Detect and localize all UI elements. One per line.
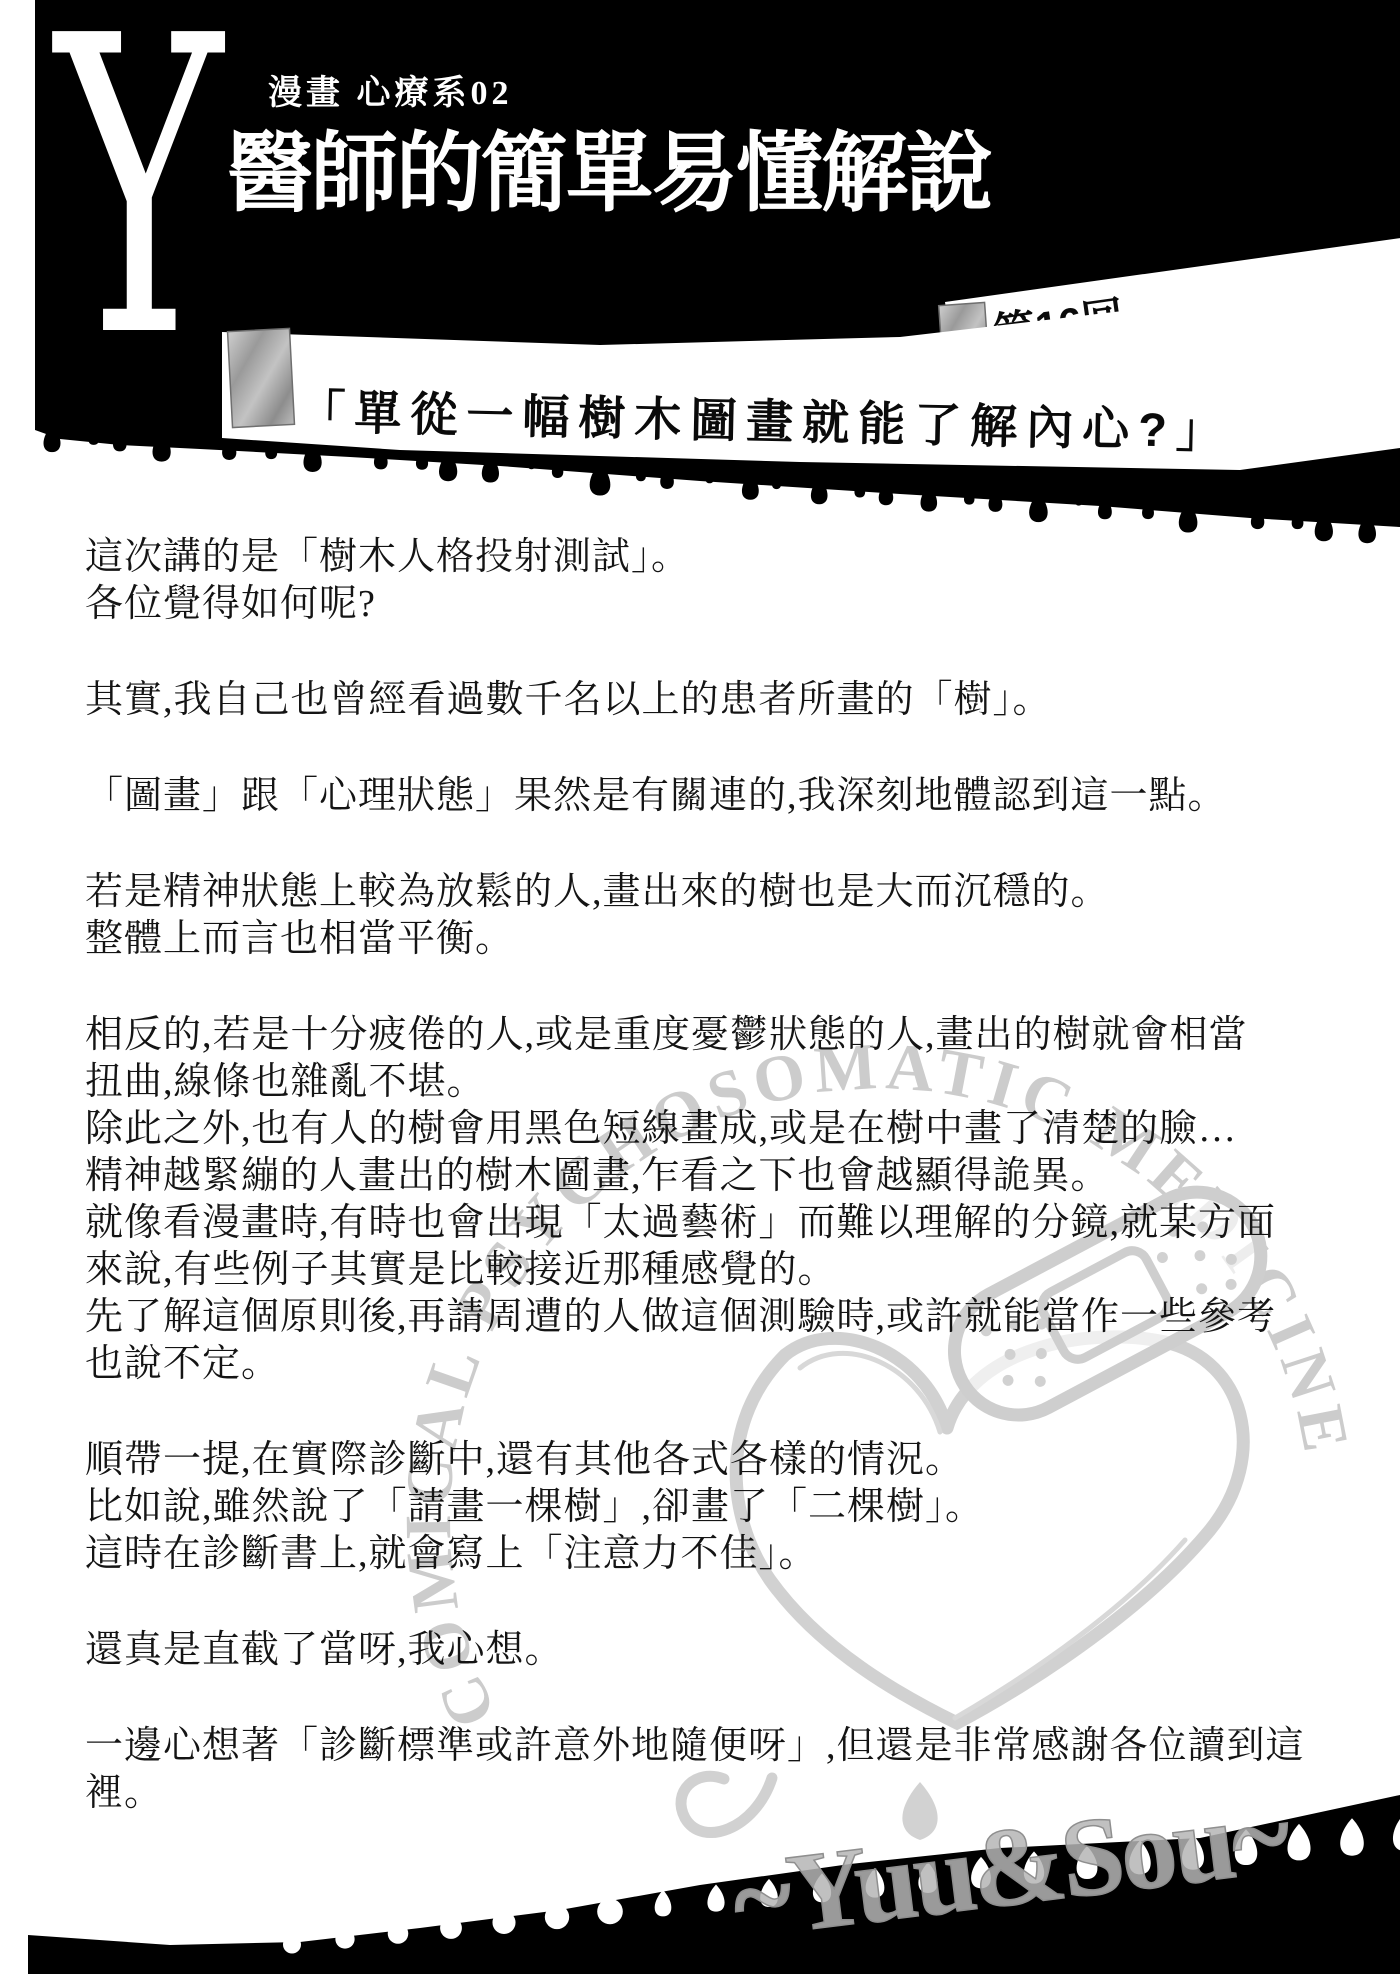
- paragraph: 還真是直截了當呀,我心想。: [85, 1627, 1365, 1674]
- tape-banner-left: [228, 328, 295, 427]
- text-line: 就像看漫畫時,有時也會出現「太過藝術」而難以理解的分鏡,就某方面: [85, 1200, 1365, 1247]
- text-line: 先了解這個原則後,再請周遭的人做這個測驗時,或許就能當作一些參考: [85, 1294, 1365, 1341]
- series-label: 漫畫 心療系02: [268, 74, 513, 112]
- text-line: 來說,有些例子其實是比較接近那種感覺的。: [85, 1247, 1365, 1294]
- paragraph: 「圖畫」跟「心理狀態」果然是有關連的,我深刻地體認到這一點。: [85, 773, 1365, 820]
- text-line: 順帶一提,在實際診斷中,還有其他各式各樣的情況。: [85, 1437, 1365, 1484]
- text-line: 整體上而言也相當平衡。: [85, 916, 1365, 963]
- paragraph: 若是精神狀態上較為放鬆的人,畫出來的樹也是大而沉穩的。整體上而言也相當平衡。: [85, 869, 1365, 963]
- manga-explanation-page: { "header": { "series_letter": "Y", "ser…: [0, 0, 1400, 1974]
- text-line: 比如說,雖然說了「請畫一棵樹」,卻畫了「二棵樹」。: [85, 1484, 1365, 1531]
- text-line: 相反的,若是十分疲倦的人,或是重度憂鬱狀態的人,畫出的樹就會相當: [85, 1012, 1365, 1059]
- paragraph: 其實,我自己也曾經看過數千名以上的患者所畫的「樹」。: [85, 677, 1365, 724]
- paragraph: 順帶一提,在實際診斷中,還有其他各式各樣的情況。比如說,雖然說了「請畫一棵樹」,…: [85, 1437, 1365, 1578]
- text-line: 若是精神狀態上較為放鬆的人,畫出來的樹也是大而沉穩的。: [85, 869, 1365, 916]
- body-text: 這次講的是「樹木人格投射測試」。各位覺得如何呢?其實,我自己也曾經看過數千名以上…: [85, 534, 1365, 1866]
- text-line: 這時在診斷書上,就會寫上「注意力不佳」。: [85, 1531, 1365, 1578]
- text-line: 一邊心想著「診斷標準或許意外地隨便呀」,但還是非常感謝各位讀到這: [85, 1723, 1365, 1770]
- text-line: 精神越緊繃的人畫出的樹木圖畫,乍看之下也會越顯得詭異。: [85, 1153, 1365, 1200]
- page-title: 醫師的簡單易懂解說: [226, 125, 992, 222]
- header-banner: Y 漫畫 心療系02 醫師的簡單易懂解說 第16回 「單從一幅樹木圖畫就能了解內…: [0, 0, 1400, 600]
- text-line: 其實,我自己也曾經看過數千名以上的患者所畫的「樹」。: [85, 677, 1365, 724]
- series-letter-Y: Y: [51, 0, 226, 427]
- paragraph: 這次講的是「樹木人格投射測試」。各位覺得如何呢?: [85, 534, 1365, 628]
- text-line: 裡。: [85, 1770, 1365, 1817]
- text-line: 除此之外,也有人的樹會用黑色短線畫成,或是在樹中畫了清楚的臉…: [85, 1106, 1365, 1153]
- text-line: 扭曲,線條也雜亂不堪。: [85, 1059, 1365, 1106]
- text-line: 各位覺得如何呢?: [85, 581, 1365, 628]
- text-line: 也說不定。: [85, 1341, 1365, 1388]
- text-line: 「圖畫」跟「心理狀態」果然是有關連的,我深刻地體認到這一點。: [85, 773, 1365, 820]
- paragraph: 一邊心想著「診斷標準或許意外地隨便呀」,但還是非常感謝各位讀到這裡。: [85, 1723, 1365, 1817]
- text-line: 還真是直截了當呀,我心想。: [85, 1627, 1365, 1674]
- text-line: 這次講的是「樹木人格投射測試」。: [85, 534, 1365, 581]
- paragraph: 相反的,若是十分疲倦的人,或是重度憂鬱狀態的人,畫出的樹就會相當扭曲,線條也雜亂…: [85, 1012, 1365, 1388]
